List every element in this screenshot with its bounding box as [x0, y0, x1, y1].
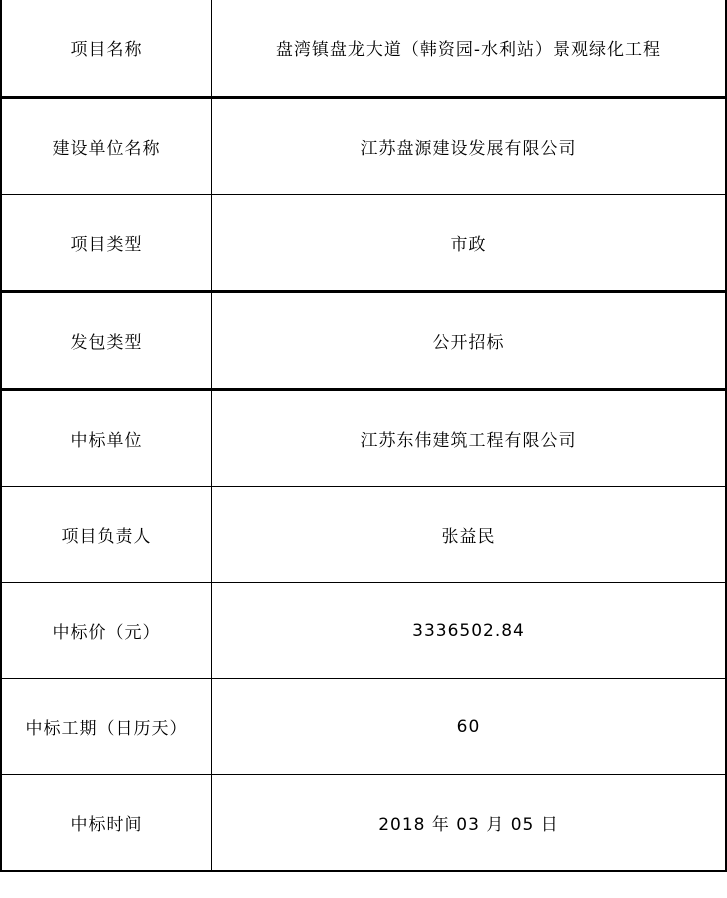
bid-result-table: 项目名称 盘湾镇盘龙大道（韩资园-水利站）景观绿化工程 建设单位名称 江苏盘源建…: [0, 0, 727, 872]
value-project-name: 盘湾镇盘龙大道（韩资园-水利站）景观绿化工程: [212, 0, 727, 98]
value-winning-bidder: 江苏东伟建筑工程有限公司: [212, 390, 727, 487]
table-row-contract-type: 发包类型 公开招标: [1, 292, 726, 390]
label-bid-date: 中标时间: [1, 775, 212, 872]
table-row-project-manager: 项目负责人 张益民: [1, 487, 726, 583]
value-project-manager: 张益民: [212, 487, 727, 583]
table-row-bid-date: 中标时间 2018 年 03 月 05 日: [1, 775, 726, 872]
label-project-manager: 项目负责人: [1, 487, 212, 583]
value-project-type: 市政: [212, 195, 727, 292]
label-contract-type: 发包类型: [1, 292, 212, 390]
table-row-winning-bidder: 中标单位 江苏东伟建筑工程有限公司: [1, 390, 726, 487]
label-bid-price: 中标价（元）: [1, 583, 212, 679]
label-project-type: 项目类型: [1, 195, 212, 292]
label-project-name: 项目名称: [1, 0, 212, 98]
value-bid-price: 3336502.84: [212, 583, 727, 679]
table-row-builder: 建设单位名称 江苏盘源建设发展有限公司: [1, 98, 726, 195]
value-builder: 江苏盘源建设发展有限公司: [212, 98, 727, 195]
table-row-duration: 中标工期（日历天） 60: [1, 679, 726, 775]
label-winning-bidder: 中标单位: [1, 390, 212, 487]
value-bid-date: 2018 年 03 月 05 日: [212, 775, 727, 872]
table-row-bid-price: 中标价（元） 3336502.84: [1, 583, 726, 679]
label-duration: 中标工期（日历天）: [1, 679, 212, 775]
table-row-project-name: 项目名称 盘湾镇盘龙大道（韩资园-水利站）景观绿化工程: [1, 0, 726, 98]
value-contract-type: 公开招标: [212, 292, 727, 390]
label-builder: 建设单位名称: [1, 98, 212, 195]
value-duration: 60: [212, 679, 727, 775]
table-row-project-type: 项目类型 市政: [1, 195, 726, 292]
